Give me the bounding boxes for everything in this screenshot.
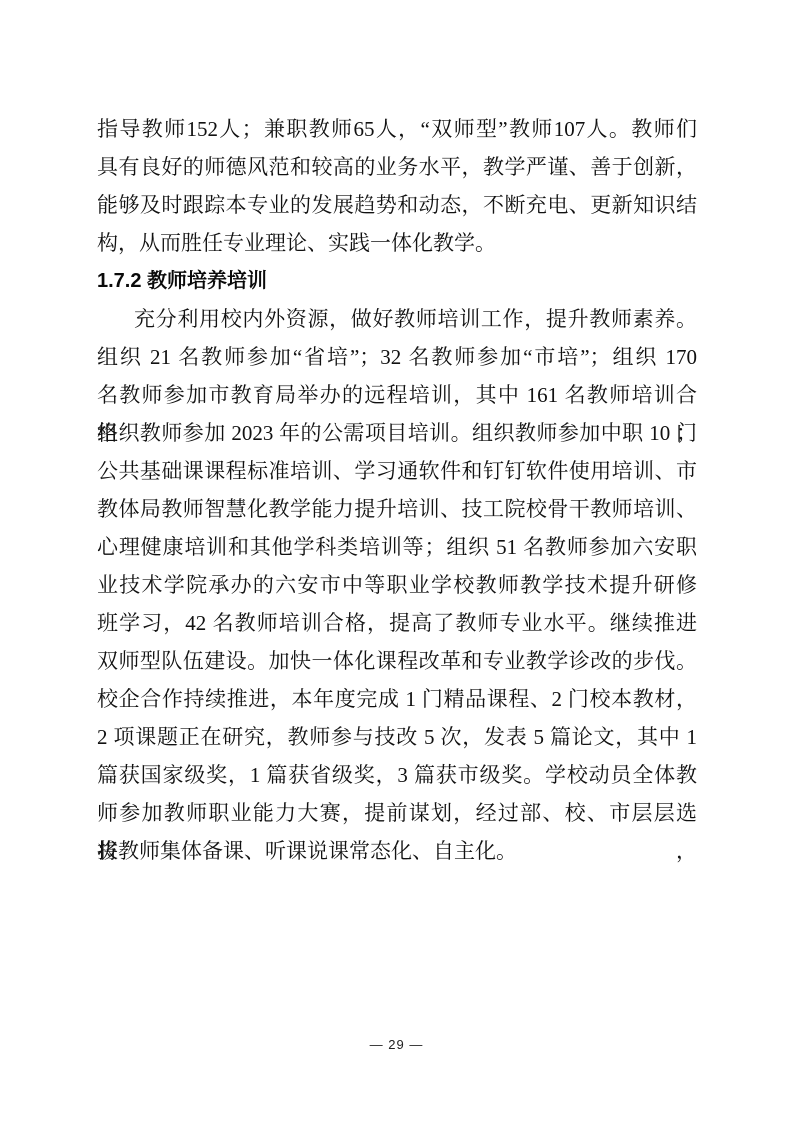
text-line: 师参加教师职业能力大赛，提前谋划，经过部、校、市层层选拔， bbox=[97, 794, 697, 832]
text-line: 校企合作持续推进，本年度完成 1 门精品课程、2 门校本教材， bbox=[97, 680, 697, 718]
text-line: 心理健康培训和其他学科类培训等；组织 51 名教师参加六安职 bbox=[97, 528, 697, 566]
text-line: 构，从而胜任专业理论、实践一体化教学。 bbox=[97, 224, 697, 262]
page-number: — 29 — bbox=[0, 1033, 793, 1057]
text-line: 名教师参加市教育局举办的远程培训，其中 161 名教师培训合格； bbox=[97, 376, 697, 414]
text-line: 班学习，42 名教师培训合格，提高了教师专业水平。继续推进 bbox=[97, 604, 697, 642]
text-line: 2 项课题正在研究，教师参与技改 5 次，发表 5 篇论文，其中 1 bbox=[97, 718, 697, 756]
text-line: 组织 21 名教师参加“省培”；32 名教师参加“市培”；组织 170 bbox=[97, 338, 697, 376]
text-line: 业技术学院承办的六安市中等职业学校教师教学技术提升研修 bbox=[97, 566, 697, 604]
section-paragraph: 充分利用校内外资源，做好教师培训工作，提升教师素养。 组织 21 名教师参加“省… bbox=[97, 300, 697, 870]
text-line: 篇获国家级奖，1 篇获省级奖，3 篇获市级奖。学校动员全体教 bbox=[97, 756, 697, 794]
text-line: 充分利用校内外资源，做好教师培训工作，提升教师素养。 bbox=[97, 300, 697, 338]
text-line: 双师型队伍建设。加快一体化课程改革和专业教学诊改的步伐。 bbox=[97, 642, 697, 680]
text-line: 指导教师152人；兼职教师65人，“双师型”教师107人。教师们 bbox=[97, 110, 697, 148]
document-page: 指导教师152人；兼职教师65人，“双师型”教师107人。教师们 具有良好的师德… bbox=[0, 0, 793, 1122]
intro-paragraph: 指导教师152人；兼职教师65人，“双师型”教师107人。教师们 具有良好的师德… bbox=[97, 110, 697, 262]
text-line: 具有良好的师德风范和较高的业务水平，教学严谨、善于创新， bbox=[97, 148, 697, 186]
text-line: 能够及时跟踪本专业的发展趋势和动态，不断充电、更新知识结 bbox=[97, 186, 697, 224]
text-line: 教体局教师智慧化教学能力提升培训、技工院校骨干教师培训、 bbox=[97, 490, 697, 528]
text-line: 公共基础课课程标准培训、学习通软件和钉钉软件使用培训、市 bbox=[97, 452, 697, 490]
page-body-text: 指导教师152人；兼职教师65人，“双师型”教师107人。教师们 具有良好的师德… bbox=[97, 110, 697, 870]
section-heading: 1.7.2 教师培养培训 bbox=[97, 262, 697, 300]
text-line: 组织教师参加 2023 年的公需项目培训。组织教师参加中职 10 门 bbox=[97, 414, 697, 452]
